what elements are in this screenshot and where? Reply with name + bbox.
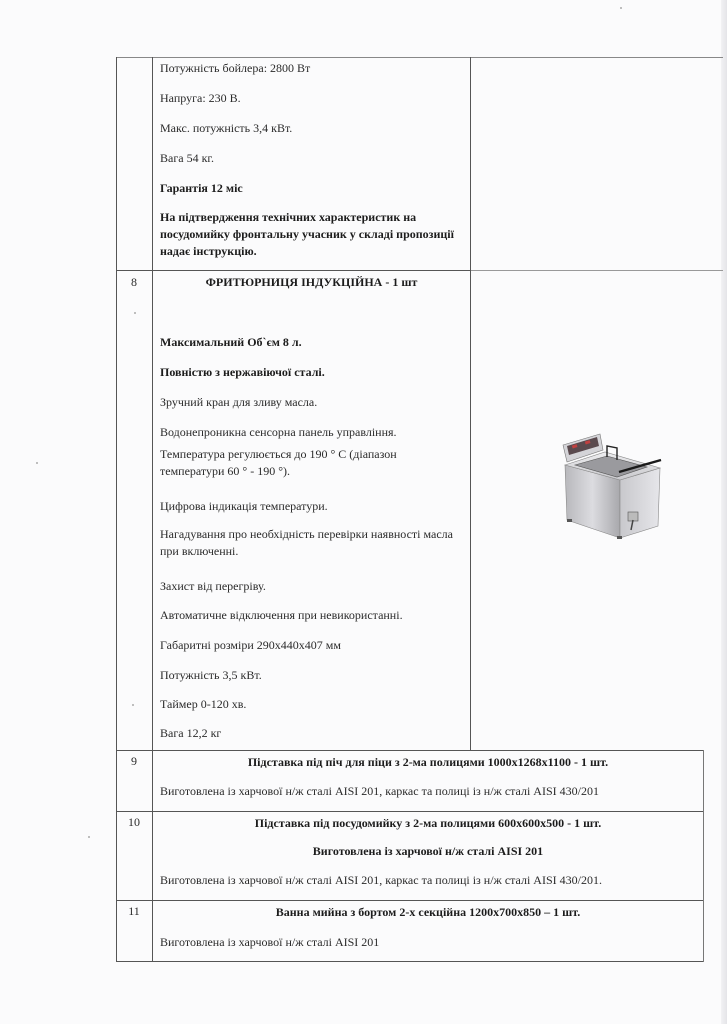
spec-line: Зручний кран для зливу масла. xyxy=(160,394,317,410)
row-number: 11 xyxy=(116,903,152,919)
spec-line: Водонепроникна сенсорна панель управлінн… xyxy=(160,424,397,440)
item-title: Ванна мийна з бортом 2-х секційна 1200х7… xyxy=(153,904,703,920)
item-title: Підставка під піч для піци з 2-ма полиця… xyxy=(153,754,703,770)
spec-line: Нагадування про необхідність перевірки н… xyxy=(160,526,460,560)
instructions-note: На підтвердження технічних характеристик… xyxy=(160,209,460,260)
scan-edge-shadow xyxy=(721,0,727,1024)
row-divider-10 xyxy=(116,811,704,812)
spec-line: Температура регулюється до 190 ° С (діап… xyxy=(160,446,460,480)
item-title: ФРИТЮРНИЦЯ ІНДУКЦІЙНА - 1 шт xyxy=(153,274,470,290)
row-divider-8-right xyxy=(470,270,723,271)
spec-line: Цифрова індикація температури. xyxy=(160,498,328,514)
spec-line: Напруга: 230 В. xyxy=(160,90,241,106)
scan-speck xyxy=(620,7,622,9)
item-title: Підставка під посудомийку з 2-ма полицям… xyxy=(153,815,703,831)
spec-line: Макс. потужність 3,4 кВт. xyxy=(160,120,292,136)
row-divider-8 xyxy=(116,270,470,271)
spec-line: Максимальний Об`єм 8 л. xyxy=(160,334,302,350)
scan-speck xyxy=(132,704,134,706)
item-subtitle: Виготовлена із харчової н/ж сталі AISI 2… xyxy=(153,843,703,859)
spec-line: Автоматичне відключення при невикористан… xyxy=(160,607,403,623)
scan-speck xyxy=(88,836,90,838)
spec-line: Потужність бойлера: 2800 Вт xyxy=(160,60,310,76)
table-bottom-border xyxy=(116,961,704,962)
spec-line: Габаритні розміри 290х440х407 мм xyxy=(160,637,341,653)
row-number: 8 xyxy=(116,274,152,290)
image-column-divider xyxy=(470,57,471,750)
spec-line: Виготовлена із харчової н/ж сталі AISI 2… xyxy=(160,783,599,799)
table-top-border xyxy=(116,57,723,58)
spec-line: Виготовлена із харчової н/ж сталі AISI 2… xyxy=(160,872,602,888)
spec-line: Захист від перегріву. xyxy=(160,578,266,594)
scan-speck xyxy=(36,462,38,464)
row-divider-11 xyxy=(116,900,704,901)
spec-line: Виготовлена із харчової н/ж сталі AISI 2… xyxy=(160,934,379,950)
row-number: 10 xyxy=(116,814,152,830)
warranty-line: Гарантія 12 міс xyxy=(160,180,243,196)
spec-line: Вага 54 кг. xyxy=(160,150,214,166)
spec-line: Потужність 3,5 кВт. xyxy=(160,667,262,683)
spec-line: Таймер 0-120 хв. xyxy=(160,696,246,712)
spec-line: Повністю з нержавіючої сталі. xyxy=(160,364,325,380)
table-right-border xyxy=(703,750,704,962)
scan-speck xyxy=(134,312,136,314)
row-divider-9 xyxy=(116,750,704,751)
row-number: 9 xyxy=(116,753,152,769)
spec-line: Вага 12,2 кг xyxy=(160,725,221,741)
induction-fryer-image xyxy=(545,420,670,540)
